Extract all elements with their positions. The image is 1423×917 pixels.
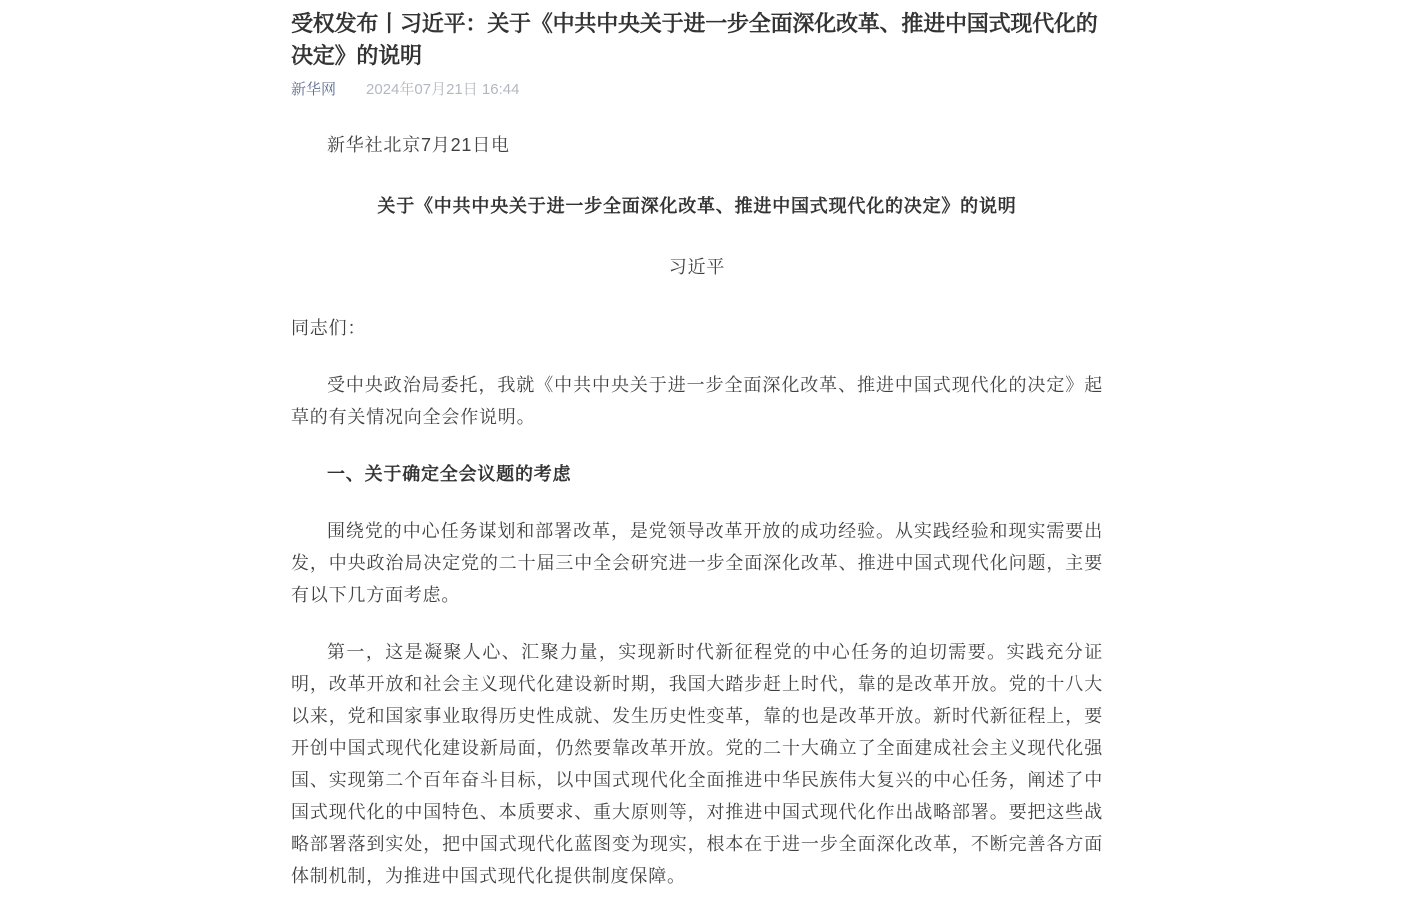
paragraph-intro: 受中央政治局委托，我就《中共中央关于进一步全面深化改革、推进中国式现代化的决定》…: [291, 369, 1103, 433]
article-meta: 新华网2024年07月21日 16:44: [291, 82, 1103, 98]
paragraph-first-point: 第一，这是凝聚人心、汇聚力量，实现新时代新征程党的中心任务的迫切需要。实践充分证…: [291, 636, 1103, 887]
section-heading-1: 一、关于确定全会议题的考虑: [291, 458, 1103, 490]
article-title: 受权发布丨习近平：关于《中共中央关于进一步全面深化改革、推进中国式现代化的决定》…: [291, 8, 1103, 72]
document-title: 关于《中共中央关于进一步全面深化改革、推进中国式现代化的决定》的说明: [291, 190, 1103, 222]
author-name: 习近平: [291, 251, 1103, 283]
article-body: 新华社北京7月21日电 关于《中共中央关于进一步全面深化改革、推进中国式现代化的…: [291, 98, 1103, 887]
paragraph-considerations: 围绕党的中心任务谋划和部署改革，是党领导改革开放的成功经验。从实践经验和现实需要…: [291, 515, 1103, 611]
salutation: 同志们：: [291, 312, 1103, 344]
publish-datetime: 2024年07月21日 16:44: [366, 81, 519, 98]
article-page: 受权发布丨习近平：关于《中共中央关于进一步全面深化改革、推进中国式现代化的决定》…: [291, 0, 1103, 887]
source-link[interactable]: 新华网: [291, 81, 336, 98]
dateline: 新华社北京7月21日电: [291, 129, 1103, 161]
